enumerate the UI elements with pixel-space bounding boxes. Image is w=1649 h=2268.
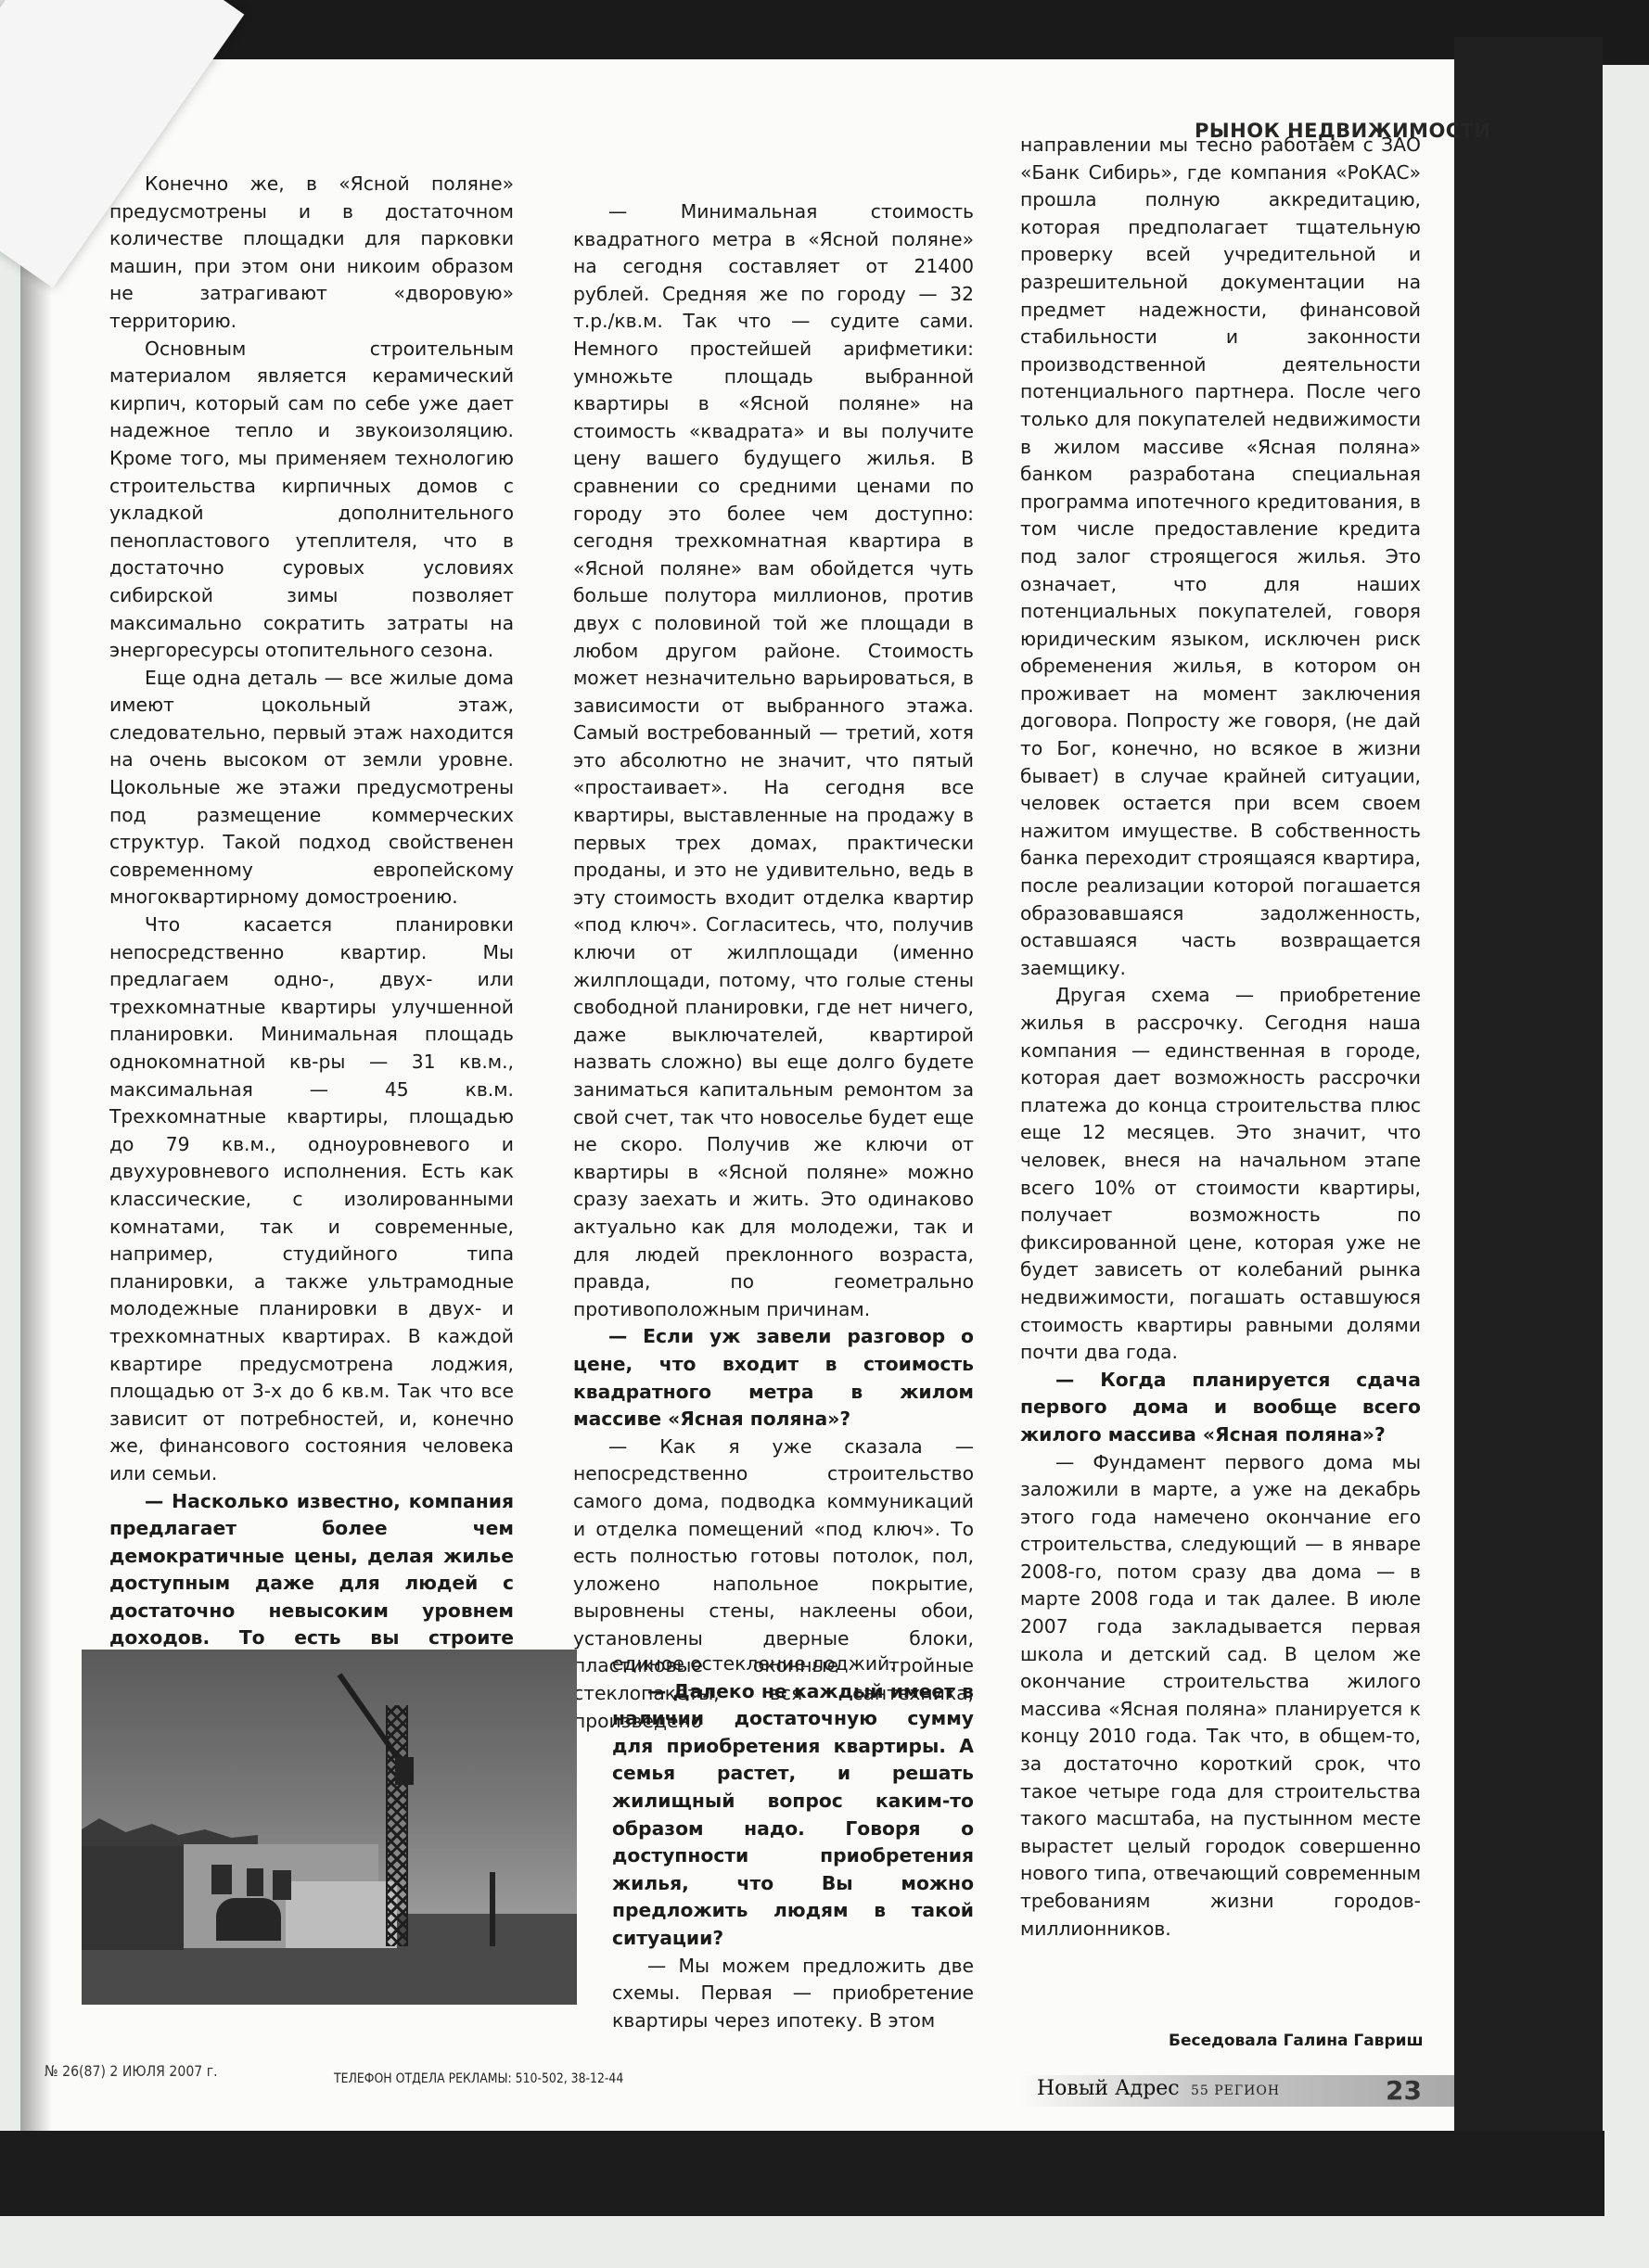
page-gutter-shadow bbox=[20, 59, 52, 2131]
interview-question: — Далеко не каждый имеет в наличии доста… bbox=[612, 1678, 974, 1953]
small-crane bbox=[490, 1872, 495, 1946]
photo-window bbox=[211, 1865, 232, 1894]
paragraph: — Минимальная стоимость квадратного метр… bbox=[573, 198, 974, 1323]
photo-building bbox=[82, 1846, 184, 1950]
photo-building bbox=[286, 1881, 397, 1948]
interview-question: — Если уж завели разговор о цене, что вх… bbox=[573, 1323, 974, 1433]
article-column-2-lower: единое остекление лоджий. — Далеко не ка… bbox=[612, 1650, 974, 2034]
paragraph: Еще одна деталь — все жилые дома имеют ц… bbox=[109, 665, 514, 911]
binder-cover-top bbox=[56, 0, 1649, 65]
article-column-3: направлении мы тесно работаем с ЗАО «Бан… bbox=[1020, 132, 1421, 1943]
interview-question: — Когда планируется сдача первого дома и… bbox=[1020, 1367, 1421, 1449]
photo-window bbox=[273, 1870, 291, 1900]
paragraph: Другая схема — приобретение жилья в расс… bbox=[1020, 982, 1421, 1366]
crane-cab bbox=[395, 1757, 414, 1785]
binder-cover-right bbox=[1454, 37, 1603, 2179]
photo-machine bbox=[216, 1898, 281, 1941]
magazine-brand: Новый Адрес bbox=[1037, 2077, 1180, 2100]
binder-cover-bottom bbox=[0, 2131, 1604, 2216]
paragraph: — Фундамент первого дома мы заложили в м… bbox=[1020, 1449, 1421, 1943]
photo-window bbox=[247, 1868, 263, 1896]
paragraph: направлении мы тесно работаем с ЗАО «Бан… bbox=[1020, 132, 1421, 982]
issue-date: № 26(87) 2 ИЮЛЯ 2007 г. bbox=[45, 2062, 218, 2080]
magazine-region: 55 РЕГИОН bbox=[1191, 2083, 1280, 2098]
construction-photo bbox=[82, 1650, 577, 2005]
paragraph: Конечно же, в «Ясной поляне» предусмотре… bbox=[109, 171, 514, 336]
page-number: 23 bbox=[1386, 2075, 1422, 2106]
article-column-2: — Минимальная стоимость квадратного метр… bbox=[573, 198, 974, 1735]
byline: Беседовала Галина Гавриш bbox=[1169, 2032, 1424, 2050]
paragraph: Основным строительным материалом являетс… bbox=[109, 336, 514, 665]
paragraph: единое остекление лоджий. bbox=[612, 1650, 974, 1678]
paragraph: — Мы можем предложить две схемы. Первая … bbox=[612, 1953, 974, 2035]
paragraph: Что касается планировки непосредственно … bbox=[109, 911, 514, 1487]
ad-phone: ТЕЛЕФОН ОТДЕЛА РЕКЛАМЫ: 510-502, 38-12-4… bbox=[334, 2071, 623, 2086]
article-column-1: Конечно же, в «Ясной поляне» предусмотре… bbox=[109, 171, 514, 1680]
